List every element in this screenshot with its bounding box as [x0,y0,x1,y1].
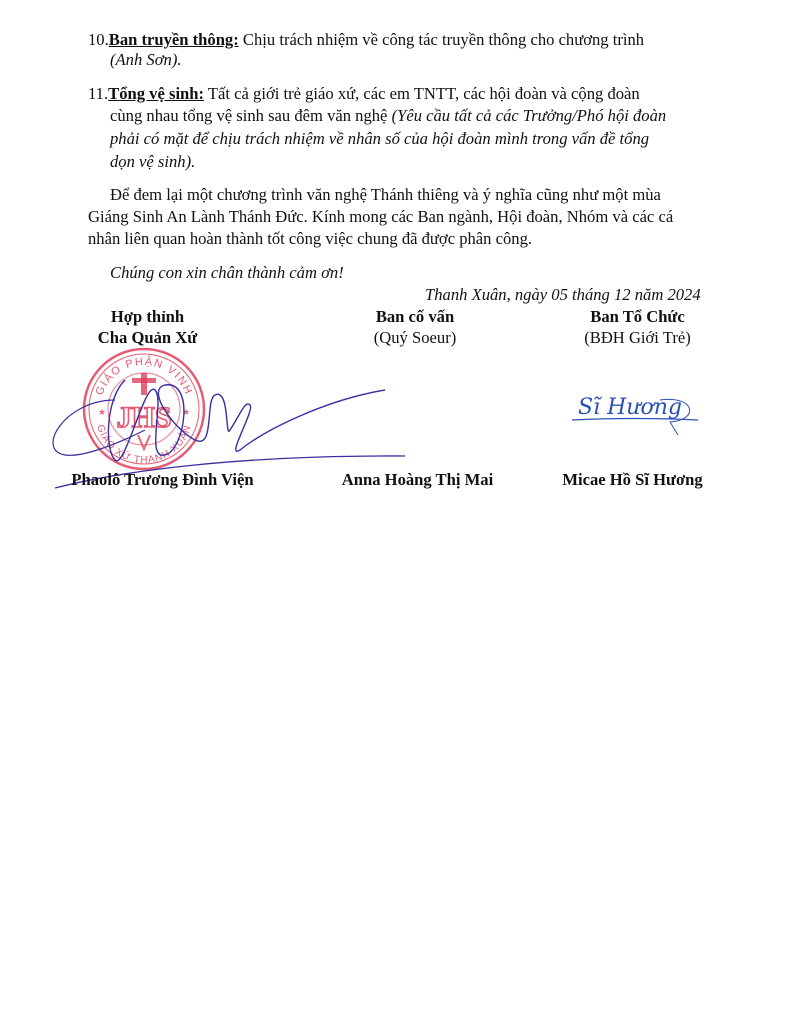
signatory-title: Ban Tổ Chức [560,307,715,327]
item-note: (Yêu cầu tất cả các Trưởng/Phó hội đoàn [392,106,667,125]
item-11-line4: dọn vệ sinh). [110,152,195,172]
item-text: Tất cả giới trẻ giáo xứ, các em TNTT, cá… [204,84,640,103]
document-page: 10.Ban truyền thông: Chịu trách nhiệm về… [0,0,791,1024]
item-10: 10.Ban truyền thông: Chịu trách nhiệm về… [88,30,644,50]
closing-line-3: nhân liên quan hoàn thành tốt công việc … [88,229,532,249]
thanks-line: Chúng con xin chân thành cảm ơn! [110,263,344,283]
closing-line-1: Để đem lại một chương trình văn nghệ Thá… [110,185,661,205]
signatory-subtitle: (Quý Soeur) [340,328,490,348]
signatory-name: Micae Hồ Sĩ Hương [550,470,715,490]
signatory-title: Ban cố vấn [340,307,490,327]
signatory-title: Hợp thỉnh [80,307,215,327]
item-11-line2: cùng nhau tổng vệ sinh sau đêm văn nghệ … [110,106,666,126]
item-10-note: (Anh Sơn). [110,50,182,70]
item-text: Chịu trách nhiệm về công tác truyền thôn… [239,30,644,49]
closing-line-2: Giáng Sinh An Lành Thánh Đức. Kính mong … [88,207,673,227]
item-11-line3: phải có mặt để chịu trách nhiệm về nhân … [110,129,649,149]
item-text: cùng nhau tổng vệ sinh sau đêm văn nghệ [110,106,392,125]
place-date: Thanh Xuân, ngày 05 tháng 12 năm 2024 [425,285,701,305]
signatory-subtitle: (BĐH Giới Trẻ) [560,328,715,348]
item-number: 10. [88,30,109,49]
item-heading: Tổng vệ sinh: [108,84,204,103]
signatory-name: Phaolô Trương Đình Viện [45,470,280,490]
item-heading: Ban truyền thông: [109,30,239,49]
item-11: 11.Tổng vệ sinh: Tất cả giới trẻ giáo xứ… [88,84,640,104]
svg-text:Sĩ Hương: Sĩ Hương [578,395,682,420]
signature-right: Sĩ Hương [570,380,705,440]
item-number: 11. [88,84,108,103]
signatory-name: Anna Hoàng Thị Mai [330,470,505,490]
